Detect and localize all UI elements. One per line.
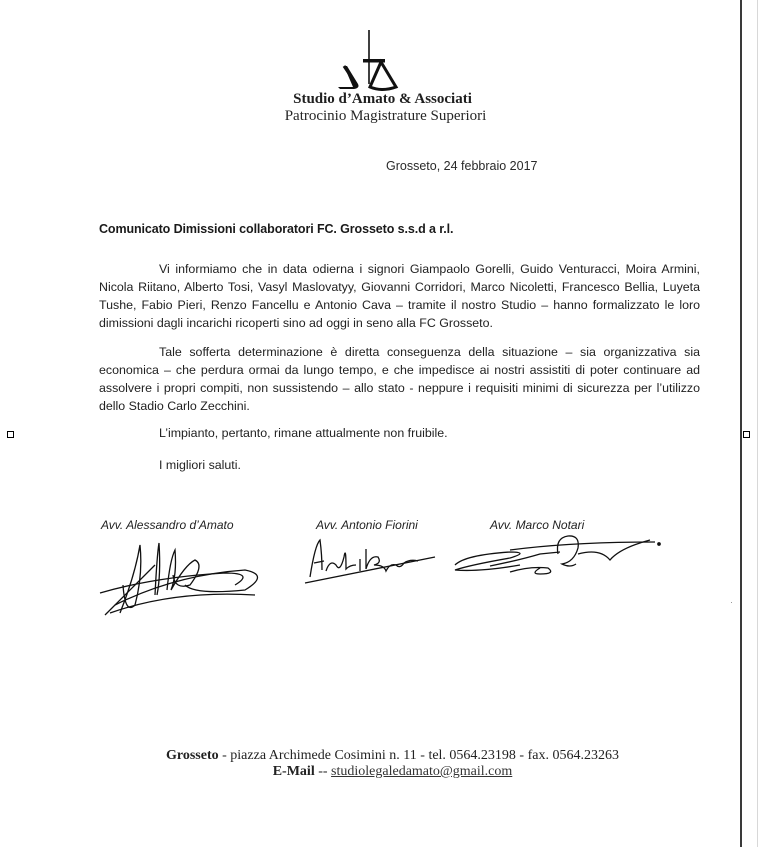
page-border-line-outer — [757, 0, 758, 847]
footer-address: Grosseto - piazza Archimede Cosimini n. … — [0, 748, 759, 764]
resize-handle-right[interactable] — [743, 431, 750, 438]
firm-name: Studio d’Amato & Associati — [0, 91, 759, 108]
firm-subtitle: Patrocinio Magistrature Superiori — [0, 108, 759, 125]
body-paragraph-3: L’impianto, pertanto, rimane attualmente… — [159, 426, 448, 440]
footer-email-separator: -- — [315, 764, 331, 779]
signature-3-icon — [450, 530, 665, 585]
signature-1-icon — [95, 535, 275, 620]
footer-email-line: E-Mail -- studiolegaledamato@gmail.com — [0, 764, 759, 780]
signature-2-icon — [300, 535, 440, 585]
footer-address-details: - piazza Archimede Cosimini n. 11 - tel.… — [219, 748, 619, 763]
letter-subject: Comunicato Dimissioni collaboratori FC. … — [99, 222, 453, 236]
footer-city: Grosseto — [166, 748, 219, 763]
closing-salutation: I migliori saluti. — [159, 458, 241, 472]
scan-speck — [731, 602, 732, 603]
signatory-name-2: Avv. Antonio Fiorini — [316, 518, 418, 532]
footer-email-link[interactable]: studiolegaledamato@gmail.com — [331, 764, 512, 779]
scales-of-justice-icon — [330, 22, 410, 92]
resize-handle-left[interactable] — [7, 431, 14, 438]
date-line: Grosseto, 24 febbraio 2017 — [386, 159, 538, 173]
signatory-name-1: Avv. Alessandro d’Amato — [101, 518, 234, 532]
footer-email-label: E-Mail — [273, 764, 315, 779]
page-border-line — [740, 0, 742, 847]
paragraph-1-text: Vi informiamo che in data odierna i sign… — [99, 262, 700, 330]
body-paragraph-2: Tale sofferta determinazione è diretta c… — [99, 343, 700, 415]
paragraph-2-text: Tale sofferta determinazione è diretta c… — [99, 345, 700, 413]
body-paragraph-1: Vi informiamo che in data odierna i sign… — [99, 260, 700, 332]
